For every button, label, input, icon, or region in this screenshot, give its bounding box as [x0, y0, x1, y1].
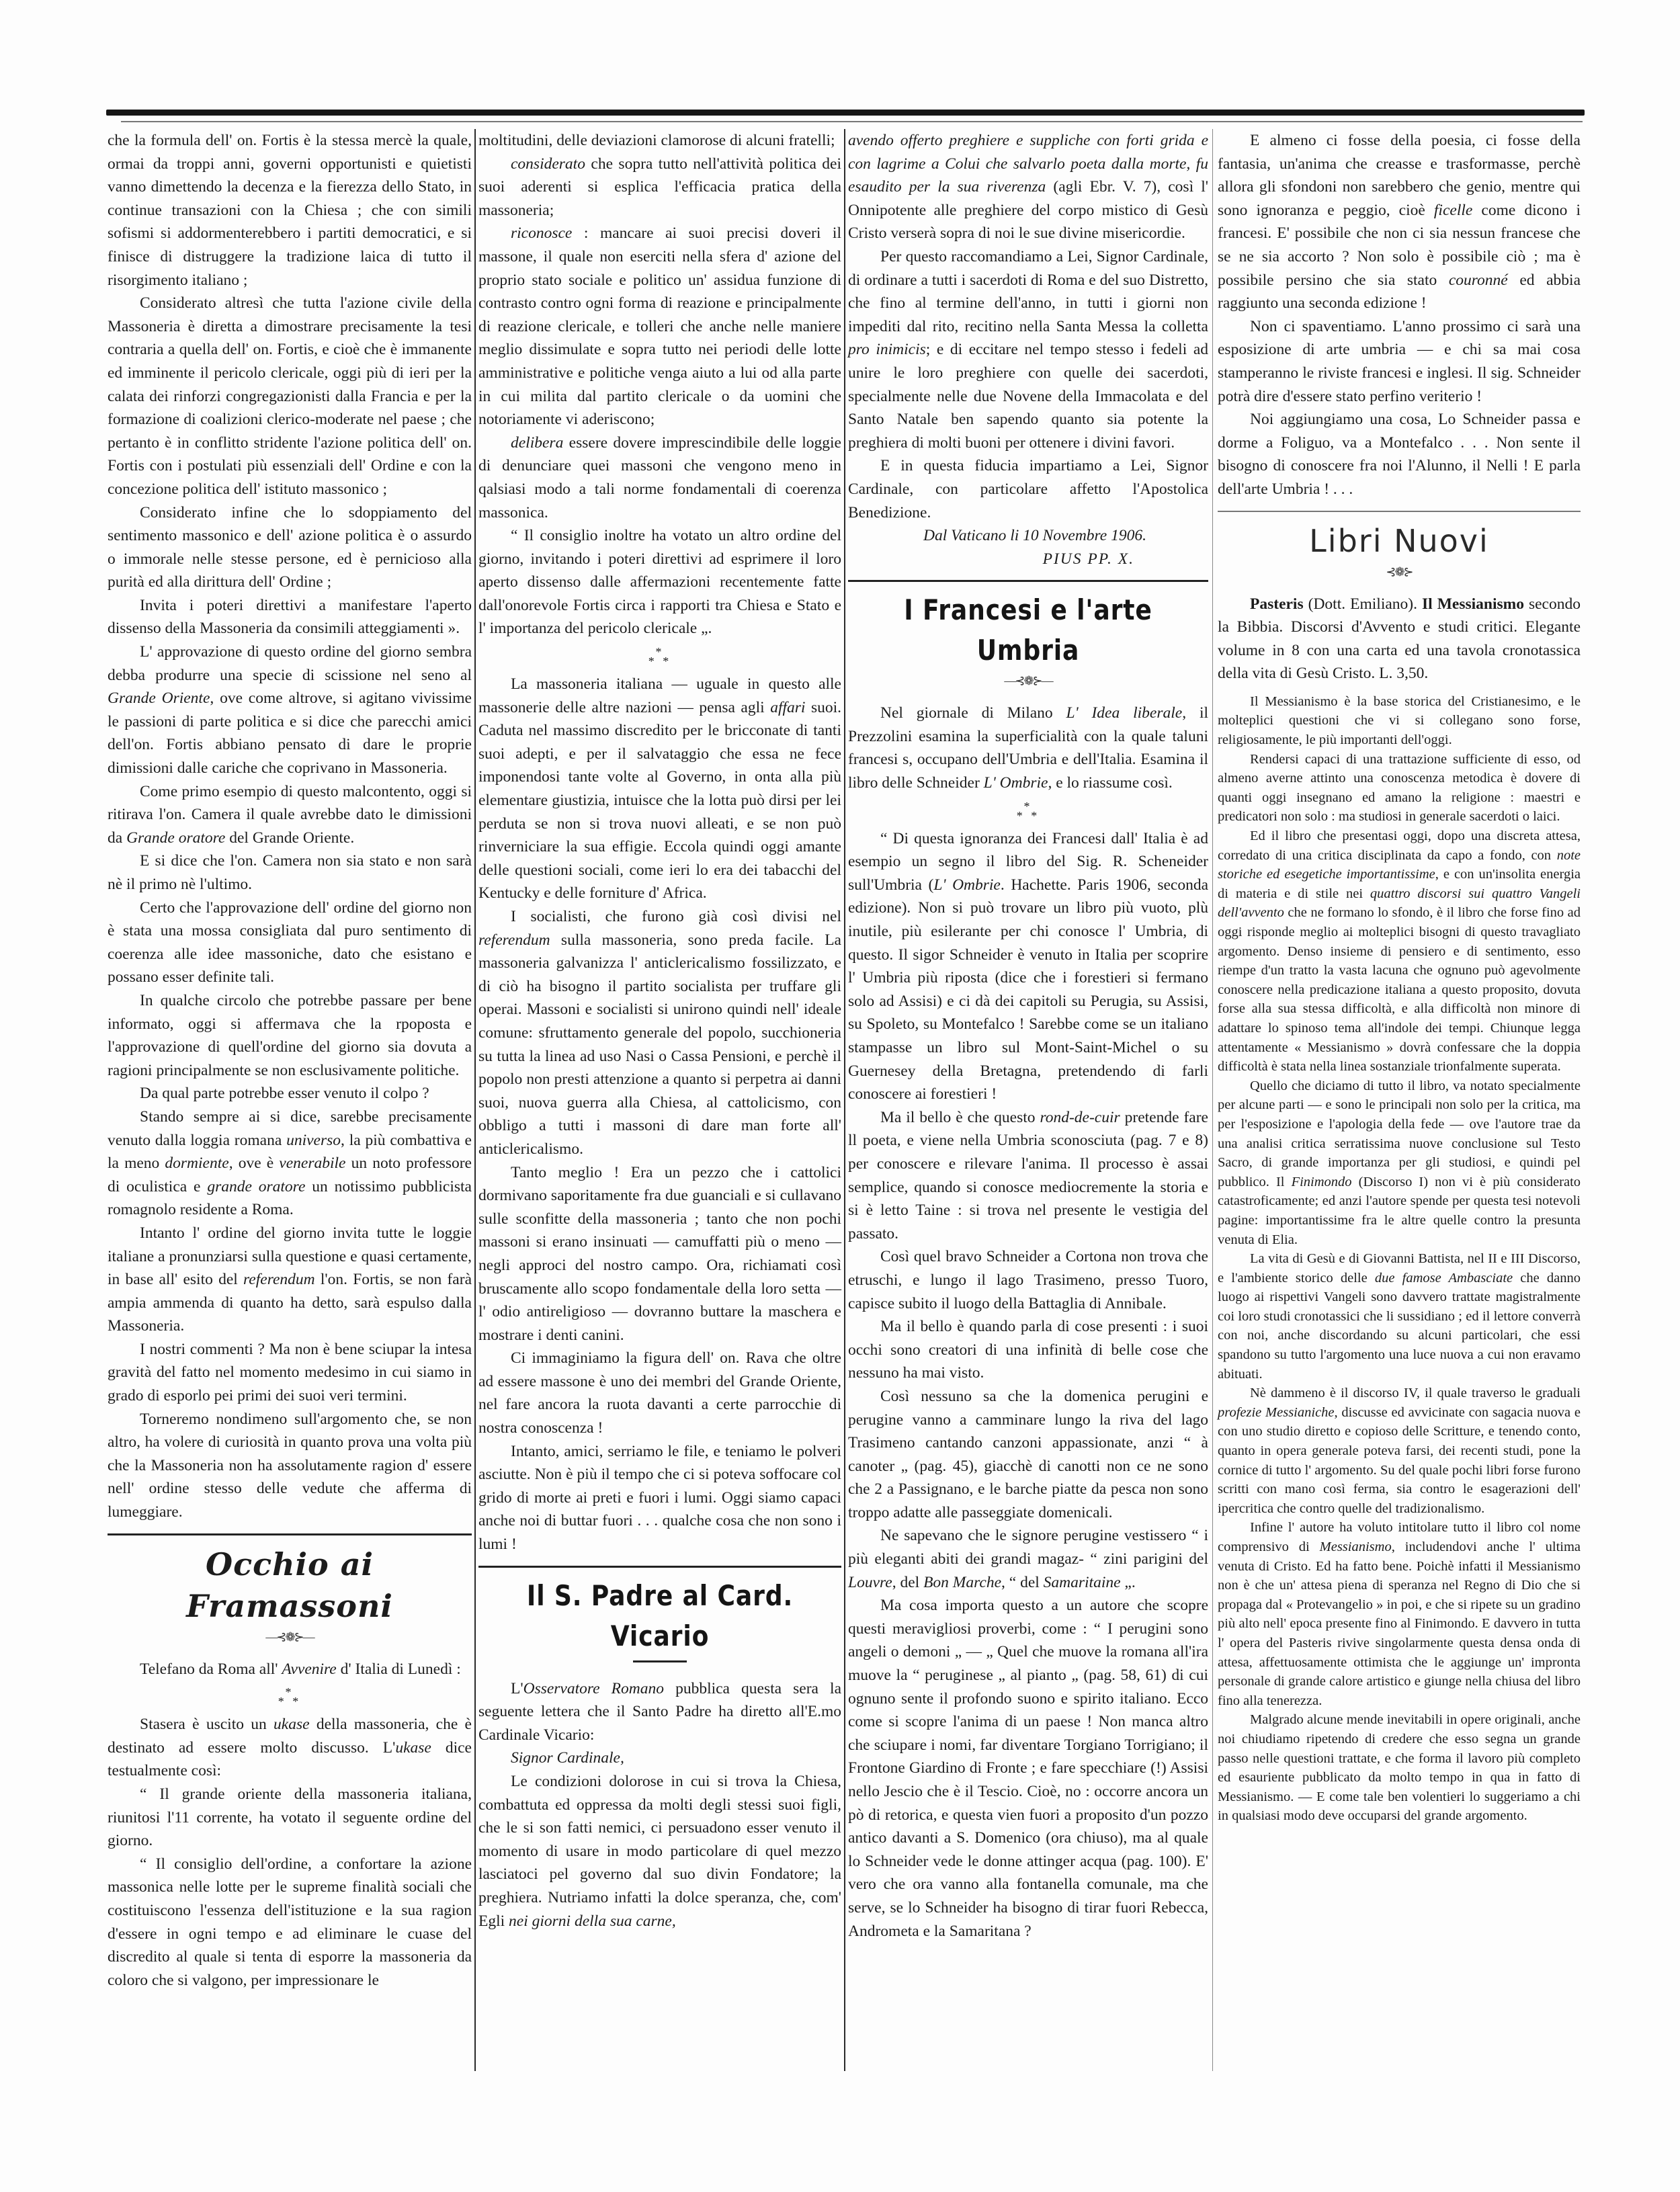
paragraph: Per questo raccomandiamo a Lei, Signor C… [848, 245, 1208, 454]
masthead-rule [106, 110, 1585, 116]
paragraph: moltitudini, delle deviazioni clamorose … [478, 129, 841, 153]
letter-signature: PIUS PP. X. [848, 548, 1208, 571]
paragraph: Noi aggiungiamo una cosa, Lo Schneider p… [1218, 408, 1581, 501]
asterism-divider: ** * [848, 802, 1208, 820]
paragraph: Infine l' autore ha voluto intitolare tu… [1218, 1518, 1581, 1710]
paragraph: Ma il bello è che questo rond-de-cuir pr… [848, 1106, 1208, 1246]
column-divider [1212, 129, 1213, 2071]
paragraph: Tanto meglio ! Era un pezzo che i cattol… [478, 1161, 841, 1347]
headline-s-padre-al-card-vicario: Il S. Padre al Card. Vicario [504, 1576, 816, 1656]
column-divider [474, 129, 476, 2071]
paragraph: Ne sapevano che le signore perugine vest… [848, 1524, 1208, 1594]
ornament-divider: —⊰❁⊱— [848, 673, 1208, 688]
paragraph: Stando sempre ai si dice, sarebbe precis… [108, 1105, 472, 1222]
asterism-divider: ** * [478, 647, 841, 666]
paragraph: In qualche circolo che potrebbe passare … [108, 989, 472, 1082]
ornament-divider: ⊰❁⊱ [1218, 564, 1581, 579]
paragraph: Torneremo nondimeno sull'argomento che, … [108, 1408, 472, 1524]
paragraph: Rendersi capaci di una trattazione suffi… [1218, 750, 1581, 827]
paragraph: Intanto, amici, serriamo le file, e teni… [478, 1440, 841, 1556]
paragraph: Da qual parte potrebbe esser venuto il c… [108, 1082, 472, 1105]
section-rule [478, 1566, 841, 1568]
paragraph: Intanto l' ordine del giorno invita tutt… [108, 1222, 472, 1338]
book-listing: Pasteris (Dott. Emiliano). Il Messianism… [1218, 593, 1581, 685]
paragraph: Così nessuno sa che la domenica perugini… [848, 1385, 1208, 1525]
paragraph: L' approvazione di questo ordine del gio… [108, 640, 472, 780]
paragraph: Telefano da Roma all' Avvenire d' Italia… [108, 1658, 472, 1681]
paragraph: I nostri commenti ? Ma non è bene sciupa… [108, 1338, 472, 1408]
paragraph: “ Il consiglio dell'ordine, a confortare… [108, 1853, 472, 1992]
headline-libri-nuovi: Libri Nuovi [1218, 520, 1581, 562]
paragraph: La vita di Gesù e di Giovanni Battista, … [1218, 1249, 1581, 1384]
paragraph: “ Il consiglio inoltre ha votato un altr… [478, 524, 841, 640]
section-rule [108, 1533, 472, 1535]
masthead-thin-rule [121, 121, 1583, 122]
paragraph: Malgrado alcune mende inevitabili in ope… [1218, 1710, 1581, 1826]
paragraph: La massoneria italiana — uguale in quest… [478, 673, 841, 905]
column-3: avendo offerto preghiere e suppliche con… [848, 129, 1208, 1943]
paragraph: Ci immaginiamo la figura dell' on. Rava … [478, 1347, 841, 1439]
paragraph: Ed il libro che presentasi oggi, dopo un… [1218, 827, 1581, 1077]
column-2: moltitudini, delle deviazioni clamorose … [478, 129, 841, 1933]
headline-occhio-ai-framassoni: Occhio ai Framassoni [108, 1544, 472, 1627]
paragraph: riconosce : mancare ai suoi precisi dove… [478, 222, 841, 431]
paragraph: Ma il bello è quando parla di cose prese… [848, 1315, 1208, 1385]
column-4: E almeno ci fosse della poesia, ci fosse… [1218, 129, 1581, 1826]
paragraph: L'Osservatore Romano pubblica questa ser… [478, 1677, 841, 1747]
letter-date: Dal Vaticano li 10 Novembre 1906. [848, 524, 1208, 548]
paragraph: Quello che diciamo di tutto il libro, va… [1218, 1077, 1581, 1249]
paragraph: Considerato altresì che tutta l'azione c… [108, 292, 472, 501]
newspaper-page: che la formula dell' on. Fortis è la ste… [0, 0, 1680, 2192]
column-1: che la formula dell' on. Fortis è la ste… [108, 129, 472, 1992]
paragraph: avendo offerto preghiere e suppliche con… [848, 129, 1208, 245]
section-rule [1218, 511, 1581, 512]
paragraph: Certo che l'approvazione dell' ordine de… [108, 896, 472, 989]
paragraph: Invita i poteri direttivi a manifestare … [108, 594, 472, 640]
paragraph: Non ci spaventiamo. L'anno prossimo ci s… [1218, 315, 1581, 408]
paragraph: Come primo esempio di questo malcontento… [108, 780, 472, 850]
asterism-divider: ** * [108, 1687, 472, 1706]
ornament-divider: —⊰❁⊱— [108, 1630, 472, 1644]
paragraph: I socialisti, che furono già così divisi… [478, 905, 841, 1161]
paragraph: Ma cosa importa questo a un autore che s… [848, 1594, 1208, 1943]
column-divider [844, 129, 845, 2071]
paragraph: E in questa fiducia impartiamo a Lei, Si… [848, 454, 1208, 524]
paragraph: Così quel bravo Schneider a Cortona non … [848, 1245, 1208, 1315]
paragraph: Nel giornale di Milano L' Idea liberale,… [848, 702, 1208, 794]
headline-i-francesi-e-larte-umbria: I Francesi e l'arte Umbria [874, 590, 1183, 671]
paragraph: delibera essere dovere imprescindibile d… [478, 431, 841, 524]
salutation: Signor Cardinale, [478, 1746, 841, 1770]
paragraph: Nè dammeno è il discorso IV, il quale tr… [1218, 1384, 1581, 1518]
paragraph: Le condizioni dolorose in cui si trova l… [478, 1770, 841, 1933]
paragraph: Il Messianismo è la base storica del Cri… [1218, 692, 1581, 750]
paragraph: Stasera è uscito un ukase della massoner… [108, 1713, 472, 1783]
paragraph: “ Il grande oriente della massoneria ita… [108, 1783, 472, 1853]
paragraph: E si dice che l'on. Camera non sia stato… [108, 849, 472, 896]
section-rule [848, 580, 1208, 582]
paragraph: considerato che sopra tutto nell'attivit… [478, 153, 841, 222]
book-review: Il Messianismo è la base storica del Cri… [1218, 692, 1581, 1826]
headline-underline [633, 1660, 687, 1662]
paragraph: Considerato infine che lo sdoppiamento d… [108, 501, 472, 594]
paragraph: E almeno ci fosse della poesia, ci fosse… [1218, 129, 1581, 315]
paragraph: “ Di questa ignoranza dei Francesi dall'… [848, 827, 1208, 1106]
paragraph: che la formula dell' on. Fortis è la ste… [108, 129, 472, 292]
